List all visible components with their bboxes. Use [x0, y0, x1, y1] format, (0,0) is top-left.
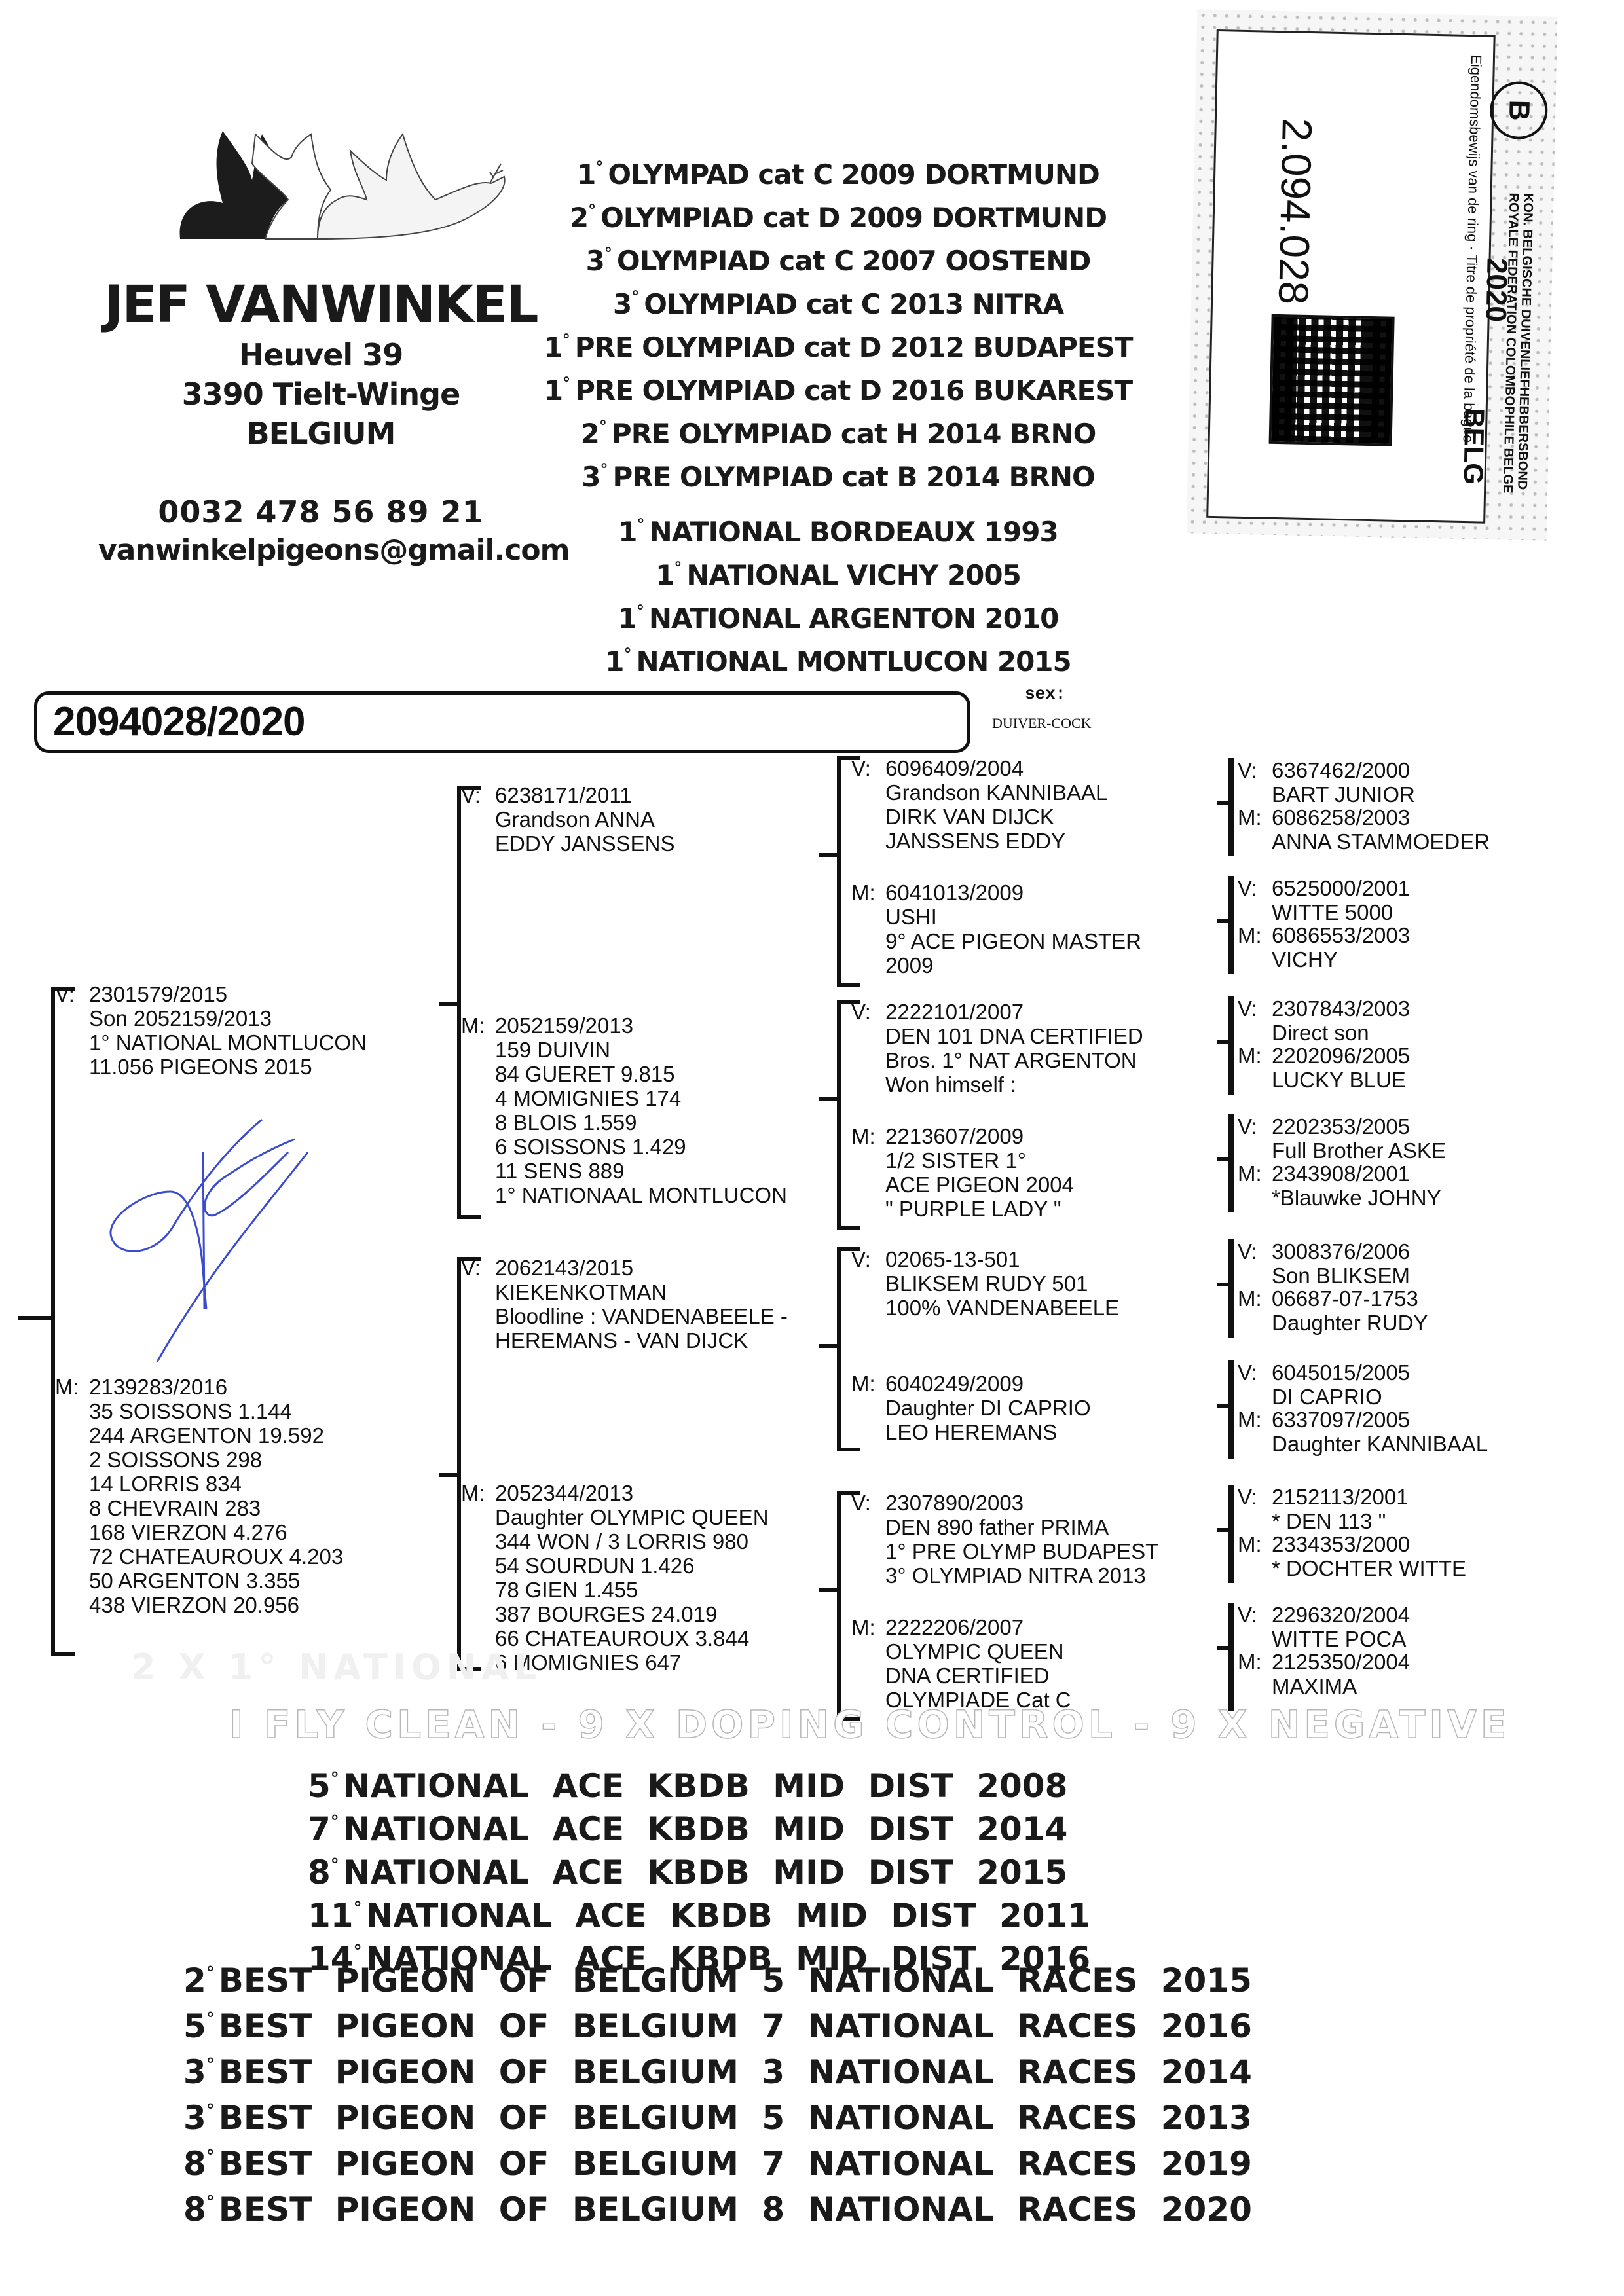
connector-line [1217, 1157, 1231, 1161]
connector-line [1217, 801, 1231, 805]
award-text: NATIONAL ACE KBDB MID DIST 2014 [343, 1810, 1068, 1848]
ring-number: V:2307890/2003 [851, 1491, 1158, 1515]
degree-symbol: ° [595, 158, 602, 176]
ring-number: V:2062143/2015 [461, 1256, 788, 1280]
dam-label: M: [461, 1481, 495, 1505]
pedigree-note: 159 DUIVIN [461, 1038, 787, 1062]
award-text: PRE OLYMPIAD cat H 2014 BRNO [612, 418, 1096, 450]
rank: 3 [183, 2099, 206, 2137]
gen4-sire-block: V:6045015/2005DI CAPRIO [1238, 1360, 1410, 1409]
best-pigeon-award: 3°BEST PIGEON OF BELGIUM 5 NATIONAL RACE… [183, 2092, 1252, 2138]
ring-number: V:02065-13-501 [851, 1247, 1119, 1271]
bracket-line [1228, 1114, 1234, 1212]
best-pigeon-award: 5°BEST PIGEON OF BELGIUM 7 NATIONAL RACE… [183, 2000, 1252, 2046]
pedigree-note: Full Brother ASKE [1238, 1139, 1446, 1163]
national-result: 1°NATIONAL VICHY 2005 [544, 550, 1133, 593]
gen4-sire-block: V:6525000/2001WITTE 5000 [1238, 876, 1410, 924]
pedigree-note: Daughter KANNIBAAL [1238, 1432, 1488, 1456]
pedigree-note: DEN 101 DNA CERTIFIED [851, 1024, 1143, 1048]
rank: 1 [655, 559, 674, 591]
pedigree-note: KIEKENKOTMAN [461, 1280, 788, 1304]
bracket-line [1228, 1603, 1234, 1711]
connector-line [1217, 1528, 1231, 1532]
sire-block: V:2301579/2015Son 2052159/20131° NATIONA… [55, 982, 367, 1079]
award-text: PRE OLYMPIAD cat D 2016 BUKAREST [575, 374, 1132, 407]
ring-certificate-panel: 2.094.028 [1206, 29, 1496, 524]
three-doves-logo-icon [177, 128, 511, 242]
pedigree-note: ANNA STAMMOEDER [1238, 829, 1490, 854]
ring-number: M:2343908/2001 [1238, 1161, 1441, 1186]
ring-number: M:6086258/2003 [1238, 805, 1490, 829]
pedigree-note: * DEN 113 " [1238, 1509, 1409, 1533]
faded-background-text: 2 X 1° NATIONAL [131, 1647, 542, 1688]
award-text: NATIONAL ACE KBDB MID DIST 2015 [343, 1853, 1068, 1891]
award-text: OLYMPIAD cat C 2007 OOSTEND [617, 245, 1090, 277]
best-pigeon-award: 2°BEST PIGEON OF BELGIUM 5 NATIONAL RACE… [183, 1954, 1252, 2000]
degree-symbol: ° [331, 1855, 339, 1875]
rank: 1 [618, 602, 637, 634]
national-result: 1°NATIONAL ARGENTON 2010 [544, 593, 1133, 636]
pedigree-note: 438 VIERZON 20.956 [55, 1593, 343, 1617]
award-text: BEST PIGEON OF BELGIUM 3 NATIONAL RACES … [219, 2053, 1252, 2091]
pedigree-note: 54 SOURDUN 1.426 [461, 1554, 769, 1578]
best-pigeon-award: 8°BEST PIGEON OF BELGIUM 8 NATIONAL RACE… [183, 2183, 1252, 2229]
dam-label: M: [1238, 1408, 1272, 1432]
sire-label: V: [851, 1247, 885, 1271]
ring-number: M:6086553/2003 [1238, 923, 1410, 947]
pedigree-note: Bros. 1° NAT ARGENTON [851, 1048, 1143, 1072]
award-text: NATIONAL VICHY 2005 [686, 559, 1020, 591]
pedigree-note: 8 BLOIS 1.559 [461, 1110, 787, 1135]
degree-symbol: ° [637, 515, 644, 534]
pedigree-note: *Blauwke JOHNY [1238, 1186, 1441, 1210]
ring-number: V:2301579/2015 [55, 982, 367, 1006]
gen4-sire-block: V:2296320/2004WITTE POCA [1238, 1603, 1410, 1651]
qr-code-icon [1269, 314, 1395, 446]
sire-label: V: [1238, 1603, 1272, 1627]
rank: 3 [183, 2053, 206, 2091]
gen4-dam-block: M:6086553/2003VICHY [1238, 923, 1410, 972]
rank: 8 [183, 2145, 206, 2183]
gen3-sire-block: V:6096409/2004Grandson KANNIBAALDIRK VAN… [851, 756, 1107, 853]
ace-award: 8°NATIONAL ACE KBDB MID DIST 2015 [308, 1848, 1090, 1891]
dam-label: M: [1238, 1286, 1272, 1311]
olympiad-result: 1°PRE OLYMPIAD cat D 2016 BUKAREST [544, 365, 1133, 409]
pedigree-note: 168 VIERZON 4.276 [55, 1520, 343, 1544]
pedigree-note: HEREMANS - VAN DIJCK [461, 1328, 788, 1353]
pedigree-note: Son BLIKSEM [1238, 1264, 1410, 1288]
best-pigeon-awards-list: 2°BEST PIGEON OF BELGIUM 5 NATIONAL RACE… [183, 1954, 1252, 2229]
ring-number: M:06687-07-1753 [1238, 1286, 1428, 1311]
gen4-sire-block: V:3008376/2006Son BLIKSEM [1238, 1239, 1410, 1288]
dam-block: M:2139283/201635 SOISSONS 1.144244 ARGEN… [55, 1375, 343, 1617]
award-text: OLYMPAD cat C 2009 DORTMUND [608, 158, 1099, 191]
rank: 1 [618, 516, 637, 548]
rank: 5 [183, 2007, 206, 2045]
pedigree-note: Daughter RUDY [1238, 1311, 1428, 1335]
national-result: 1°NATIONAL BORDEAUX 1993 [544, 507, 1133, 550]
gen4-sire-block: V:6367462/2000BART JUNIOR [1238, 758, 1415, 807]
rank: 1 [577, 158, 595, 191]
dam-dam-block: M:2052344/2013Daughter OLYMPIC QUEEN344 … [461, 1481, 769, 1675]
pedigree-note: Son 2052159/2013 [55, 1006, 367, 1030]
ring-number: V:2202353/2005 [1238, 1114, 1446, 1139]
ace-award: 5°NATIONAL ACE KBDB MID DIST 2008 [308, 1761, 1090, 1804]
award-text: BEST PIGEON OF BELGIUM 5 NATIONAL RACES … [219, 2099, 1252, 2137]
rank: 2 [570, 202, 588, 234]
sire-label: V: [851, 756, 885, 780]
pedigree-note: Won himself : [851, 1072, 1143, 1097]
pedigree-note: 1/2 SISTER 1° [851, 1148, 1074, 1173]
ring-number: M:6041013/2009 [851, 881, 1141, 905]
ace-award: 7°NATIONAL ACE KBDB MID DIST 2014 [308, 1804, 1090, 1848]
bracket-line [1228, 1360, 1234, 1459]
pedigree-note: 72 CHATEAUROUX 4.203 [55, 1544, 343, 1569]
award-text: NATIONAL ACE KBDB MID DIST 2011 [366, 1897, 1091, 1935]
degree-symbol: ° [354, 1899, 362, 1918]
pedigree-note: MAXIMA [1238, 1674, 1410, 1698]
gen4-sire-block: V:2202353/2005Full Brother ASKE [1238, 1114, 1446, 1163]
kbdb-emblem-icon: B [1489, 81, 1548, 140]
pedigree-note: LEO HEREMANS [851, 1420, 1091, 1444]
gen3-dam-block: M:6040249/2009Daughter DI CAPRIOLEO HERE… [851, 1372, 1091, 1444]
pedigree-note: USHI [851, 905, 1141, 929]
ring-number: V:2307843/2003 [1238, 996, 1410, 1021]
gen3-sire-block: V:02065-13-501BLIKSEM RUDY 501100% VANDE… [851, 1247, 1119, 1320]
pedigree-note: JANSSENS EDDY [851, 829, 1107, 853]
dam-label: M: [461, 1013, 495, 1038]
degree-symbol: ° [599, 417, 606, 435]
ring-number: V:3008376/2006 [1238, 1239, 1410, 1264]
award-text: PRE OLYMPIAD cat D 2012 BUDAPEST [575, 331, 1133, 363]
pedigree-note: Grandson ANNA [461, 807, 674, 831]
sire-label: V: [1238, 758, 1272, 782]
olympiad-result: 1°PRE OLYMPIAD cat D 2012 BUDAPEST [544, 322, 1133, 365]
breeder-phone: 0032 478 56 89 21 [98, 492, 544, 532]
achievements-list: 1°OLYMPAD cat C 2009 DORTMUND2°OLYMPIAD … [544, 149, 1133, 680]
gen4-dam-block: M:2334353/2000* DOCHTER WITTE [1238, 1532, 1466, 1580]
olympiad-results: 1°OLYMPAD cat C 2009 DORTMUND2°OLYMPIAD … [544, 149, 1133, 495]
degree-symbol: ° [331, 1769, 339, 1789]
ring-number: M:2222206/2007 [851, 1615, 1071, 1639]
rank: 11 [308, 1897, 354, 1935]
award-text: BEST PIGEON OF BELGIUM 8 NATIONAL RACES … [219, 2191, 1252, 2229]
degree-symbol: ° [206, 2101, 215, 2121]
breeder-info: JEF VANWINKEL Heuvel 39 3390 Tielt-Winge… [98, 275, 544, 570]
award-text: BEST PIGEON OF BELGIUM 7 NATIONAL RACES … [219, 2007, 1252, 2045]
degree-symbol: ° [674, 558, 681, 577]
sex-label: sex: [1025, 684, 1065, 704]
connector-line [18, 1316, 51, 1320]
ring-number: V:6096409/2004 [851, 756, 1107, 780]
ring-number: M:2213607/2009 [851, 1124, 1074, 1148]
degree-symbol: ° [206, 2055, 215, 2075]
connector-line [1217, 1040, 1231, 1044]
connector-line [1217, 1646, 1231, 1650]
national-result: 1°NATIONAL MONTLUCON 2015 [544, 636, 1133, 680]
pedigree-note: 78 GIEN 1.455 [461, 1578, 769, 1602]
dam-label: M: [1238, 923, 1272, 947]
gen3-sire-block: V:2222101/2007DEN 101 DNA CERTIFIEDBros.… [851, 1000, 1143, 1097]
pedigree-note: 9° ACE PIGEON MASTER [851, 929, 1141, 953]
breeder-email[interactable]: vanwinkelpigeons@gmail.com [98, 532, 544, 570]
sire-dam-block: M:2052159/2013159 DUIVIN84 GUERET 9.8154… [461, 1013, 787, 1207]
degree-symbol: ° [631, 287, 638, 306]
degree-symbol: ° [206, 1963, 215, 1983]
pedigree-note: 2009 [851, 953, 1141, 977]
award-text: OLYMPIAD cat C 2013 NITRA [644, 288, 1063, 320]
ring-number: V:6367462/2000 [1238, 758, 1415, 782]
rank: 8 [183, 2191, 206, 2229]
pedigree-note: Daughter OLYMPIC QUEEN [461, 1505, 769, 1529]
sire-sire-block: V:6238171/2011Grandson ANNAEDDY JANSSENS [461, 783, 674, 856]
sire-label: V: [1238, 1485, 1272, 1509]
rank: 3 [613, 288, 631, 320]
pedigree-note: 50 ARGENTON 3.355 [55, 1569, 343, 1593]
pedigree-note: BART JUNIOR [1238, 782, 1415, 807]
sire-label: V: [1238, 996, 1272, 1021]
olympiad-result: 3°PRE OLYMPIAD cat B 2014 BRNO [544, 452, 1133, 495]
dam-label: M: [851, 881, 885, 905]
connector-line [439, 1473, 458, 1477]
olympiad-result: 3°OLYMPIAD cat C 2013 NITRA [544, 279, 1133, 322]
bracket-line [1228, 876, 1234, 974]
ring-number: M:2125350/2004 [1238, 1650, 1410, 1674]
sex-value: DUIVER-COCK [992, 715, 1092, 732]
connector-line [439, 1002, 458, 1006]
ring-certificate-header: B KON. BELGISCHE DUIVENLIEFHEBBERSBOND R… [1488, 42, 1550, 528]
olympiad-result: 2°OLYMPIAD cat D 2009 DORTMUND [544, 192, 1133, 236]
degree-symbol: ° [563, 374, 570, 392]
pedigree-note: 11 SENS 889 [461, 1159, 787, 1183]
sire-label: V: [851, 1000, 885, 1024]
national-results: 1°NATIONAL BORDEAUX 19931°NATIONAL VICHY… [544, 507, 1133, 680]
ace-award: 11°NATIONAL ACE KBDB MID DIST 2011 [308, 1891, 1090, 1934]
connector-line [1217, 1283, 1231, 1286]
pedigree-note: 6 SOISSONS 1.429 [461, 1135, 787, 1159]
award-text: NATIONAL MONTLUCON 2015 [636, 646, 1071, 678]
pedigree-note: 1° PRE OLYMP BUDAPEST [851, 1539, 1158, 1563]
sire-label: V: [1238, 876, 1272, 900]
pedigree-note: 387 BOURGES 24.019 [461, 1602, 769, 1626]
pedigree-note: EDDY JANSSENS [461, 831, 674, 856]
pedigree-note: OLYMPIC QUEEN [851, 1639, 1071, 1664]
rank: 2 [183, 1961, 206, 1999]
sire-label: V: [461, 783, 495, 807]
gen4-dam-block: M:2202096/2005LUCKY BLUE [1238, 1044, 1410, 1092]
rank: 1 [544, 331, 563, 363]
rank: 2 [581, 418, 599, 450]
ring-year: 2020 [1479, 257, 1513, 322]
degree-symbol: ° [563, 331, 570, 349]
sire-label: V: [55, 982, 89, 1006]
rank: 3 [581, 461, 600, 493]
pedigree-note: 14 LORRIS 834 [55, 1472, 343, 1496]
connector-line [819, 853, 838, 857]
pedigree-note: * DOCHTER WITTE [1238, 1556, 1466, 1580]
pedigree-note: DEN 890 father PRIMA [851, 1515, 1158, 1539]
ring-certificate-number: 2.094.028 [1269, 118, 1321, 305]
gen4-dam-block: M:6337097/2005Daughter KANNIBAAL [1238, 1408, 1488, 1456]
connector-line [819, 1588, 838, 1592]
ring-number: M:2052159/2013 [461, 1013, 787, 1038]
award-text: NATIONAL BORDEAUX 1993 [649, 516, 1058, 548]
award-text: BEST PIGEON OF BELGIUM 5 NATIONAL RACES … [219, 1961, 1252, 1999]
connector-line [1217, 1404, 1231, 1408]
degree-symbol: ° [588, 201, 595, 219]
pedigree-note: 8 CHEVRAIN 283 [55, 1496, 343, 1520]
pedigree-note: DNA CERTIFIED [851, 1664, 1071, 1688]
gen3-sire-block: V:2307890/2003DEN 890 father PRIMA1° PRE… [851, 1491, 1158, 1588]
rank: 5 [308, 1767, 331, 1805]
sire-label: V: [1238, 1360, 1272, 1385]
sire-label: V: [1238, 1114, 1272, 1139]
pedigree-note: " PURPLE LADY " [851, 1197, 1074, 1221]
handwritten-signature-icon [92, 1100, 367, 1388]
dam-label: M: [1238, 1650, 1272, 1674]
gen4-dam-block: M:6086258/2003ANNA STAMMOEDER [1238, 805, 1490, 854]
clean-banner: I FLY CLEAN - 9 X DOPING CONTROL - 9 X N… [229, 1702, 1511, 1747]
pedigree-note: 35 SOISSONS 1.144 [55, 1399, 343, 1423]
olympiad-result: 1°OLYMPAD cat C 2009 DORTMUND [544, 149, 1133, 192]
bracket-line [1228, 996, 1234, 1095]
award-text: NATIONAL ACE KBDB MID DIST 2008 [343, 1767, 1068, 1805]
pedigree-note: 100% VANDENABEELE [851, 1296, 1119, 1320]
dam-label: M: [1238, 1161, 1272, 1186]
pigeon-ring-banner: 2094028/2020 [34, 691, 970, 753]
pedigree-note: 3° OLYMPIAD NITRA 2013 [851, 1563, 1158, 1588]
dam-label: M: [1238, 1532, 1272, 1556]
rank: 8 [308, 1853, 331, 1891]
rank: 1 [605, 646, 623, 678]
ring-number: V:2222101/2007 [851, 1000, 1143, 1024]
pedigree-note: VICHY [1238, 947, 1410, 972]
olympiad-result: 2°PRE OLYMPIAD cat H 2014 BRNO [544, 409, 1133, 452]
dam-sire-block: V:2062143/2015KIEKENKOTMANBloodline : VA… [461, 1256, 788, 1353]
sire-label: V: [851, 1491, 885, 1515]
pedigree-note: 1° NATIONAAL MONTLUCON [461, 1183, 787, 1207]
connector-line [819, 1344, 838, 1348]
ring-number: M:2202096/2005 [1238, 1044, 1410, 1068]
ring-number: V:6045015/2005 [1238, 1360, 1410, 1385]
gen4-dam-block: M:2125350/2004MAXIMA [1238, 1650, 1410, 1698]
pedigree-note: WITTE POCA [1238, 1627, 1410, 1651]
degree-symbol: ° [600, 460, 607, 479]
award-text: OLYMPIAD cat D 2009 DORTMUND [600, 202, 1107, 234]
gen3-dam-block: M:6041013/2009USHI9° ACE PIGEON MASTER20… [851, 881, 1141, 977]
breeder-street: Heuvel 39 [98, 335, 544, 374]
bracket-line [1228, 1239, 1234, 1338]
pedigree-note: 11.056 PIGEONS 2015 [55, 1055, 367, 1079]
sire-label: V: [1238, 1239, 1272, 1264]
ring-number: V:6525000/2001 [1238, 876, 1410, 900]
dam-label: M: [851, 1124, 885, 1148]
degree-symbol: ° [206, 2147, 215, 2166]
pedigree-note: ACE PIGEON 2004 [851, 1173, 1074, 1197]
pedigree-note: 244 ARGENTON 19.592 [55, 1423, 343, 1448]
pedigree-note: Direct son [1238, 1021, 1410, 1045]
degree-symbol: ° [206, 2009, 215, 2029]
breeder-city: 3390 Tielt-Winge [98, 374, 544, 414]
pedigree-note: BLIKSEM RUDY 501 [851, 1271, 1119, 1296]
connector-line [819, 1097, 838, 1101]
gen3-dam-block: M:2213607/20091/2 SISTER 1°ACE PIGEON 20… [851, 1124, 1074, 1221]
best-pigeon-award: 8°BEST PIGEON OF BELGIUM 7 NATIONAL RACE… [183, 2138, 1252, 2183]
gen3-dam-block: M:2222206/2007OLYMPIC QUEENDNA CERTIFIED… [851, 1615, 1071, 1712]
dam-label: M: [851, 1372, 885, 1396]
degree-symbol: ° [604, 244, 612, 263]
pedigree-note: 2 SOISSONS 298 [55, 1448, 343, 1472]
olympiad-result: 3°OLYMPIAD cat C 2007 OOSTEND [544, 236, 1133, 279]
best-pigeon-award: 3°BEST PIGEON OF BELGIUM 3 NATIONAL RACE… [183, 2046, 1252, 2092]
ring-number: M:2052344/2013 [461, 1481, 769, 1505]
gen4-dam-block: M:2343908/2001*Blauwke JOHNY [1238, 1161, 1441, 1210]
award-text: NATIONAL ARGENTON 2010 [649, 602, 1059, 634]
gen4-dam-block: M:06687-07-1753Daughter RUDY [1238, 1286, 1428, 1335]
pedigree-note: 4 MOMIGNIES 174 [461, 1086, 787, 1110]
degree-symbol: ° [637, 602, 644, 620]
bracket-line [1228, 1485, 1234, 1583]
pedigree-note: 1° NATIONAL MONTLUCON [55, 1030, 367, 1055]
pedigree-note: 84 GUERET 9.815 [461, 1062, 787, 1086]
ring-certificate-card: 2.094.028 B KON. BELGISCHE DUIVENLIEFHEB… [1187, 9, 1558, 540]
sire-label: V: [461, 1256, 495, 1280]
connector-line [1217, 919, 1231, 923]
breeder-name: JEF VANWINKEL [98, 275, 544, 335]
bracket-line [1228, 758, 1234, 856]
ring-number: V:2296320/2004 [1238, 1603, 1410, 1627]
degree-symbol: ° [331, 1812, 339, 1832]
dam-label: M: [1238, 805, 1272, 829]
breeder-country: BELGIUM [98, 414, 544, 453]
pedigree-note: Bloodline : VANDENABEELE - [461, 1304, 788, 1328]
ring-number: V:6238171/2011 [461, 783, 674, 807]
pedigree-note: WITTE 5000 [1238, 900, 1410, 924]
dam-label: M: [55, 1375, 89, 1399]
ring-number: M:6040249/2009 [851, 1372, 1091, 1396]
ace-awards-list: 5°NATIONAL ACE KBDB MID DIST 20087°NATIO… [308, 1761, 1090, 1977]
degree-symbol: ° [623, 645, 631, 663]
ring-number: M:2334353/2000 [1238, 1532, 1466, 1556]
pedigree-note: 344 WON / 3 LORRIS 980 [461, 1529, 769, 1554]
award-text: PRE OLYMPIAD cat B 2014 BRNO [612, 461, 1094, 493]
dam-label: M: [1238, 1044, 1272, 1068]
award-text: BEST PIGEON OF BELGIUM 7 NATIONAL RACES … [219, 2145, 1252, 2183]
pedigree-note: DI CAPRIO [1238, 1385, 1410, 1409]
pedigree-note: DIRK VAN DIJCK [851, 805, 1107, 829]
pedigree-note: Daughter DI CAPRIO [851, 1396, 1091, 1420]
degree-symbol: ° [206, 2193, 215, 2212]
pedigree-note: LUCKY BLUE [1238, 1068, 1410, 1092]
ring-number: V:2152113/2001 [1238, 1485, 1409, 1509]
ring-number: M:6337097/2005 [1238, 1408, 1488, 1432]
pedigree-note: Grandson KANNIBAAL [851, 780, 1107, 805]
rank: 1 [544, 374, 563, 407]
dam-label: M: [851, 1615, 885, 1639]
rank: 3 [586, 245, 604, 277]
pigeon-ring-number: 2094028/2020 [53, 699, 305, 745]
gen4-sire-block: V:2307843/2003Direct son [1238, 996, 1410, 1045]
rank: 7 [308, 1810, 331, 1848]
gen4-sire-block: V:2152113/2001* DEN 113 " [1238, 1485, 1409, 1533]
